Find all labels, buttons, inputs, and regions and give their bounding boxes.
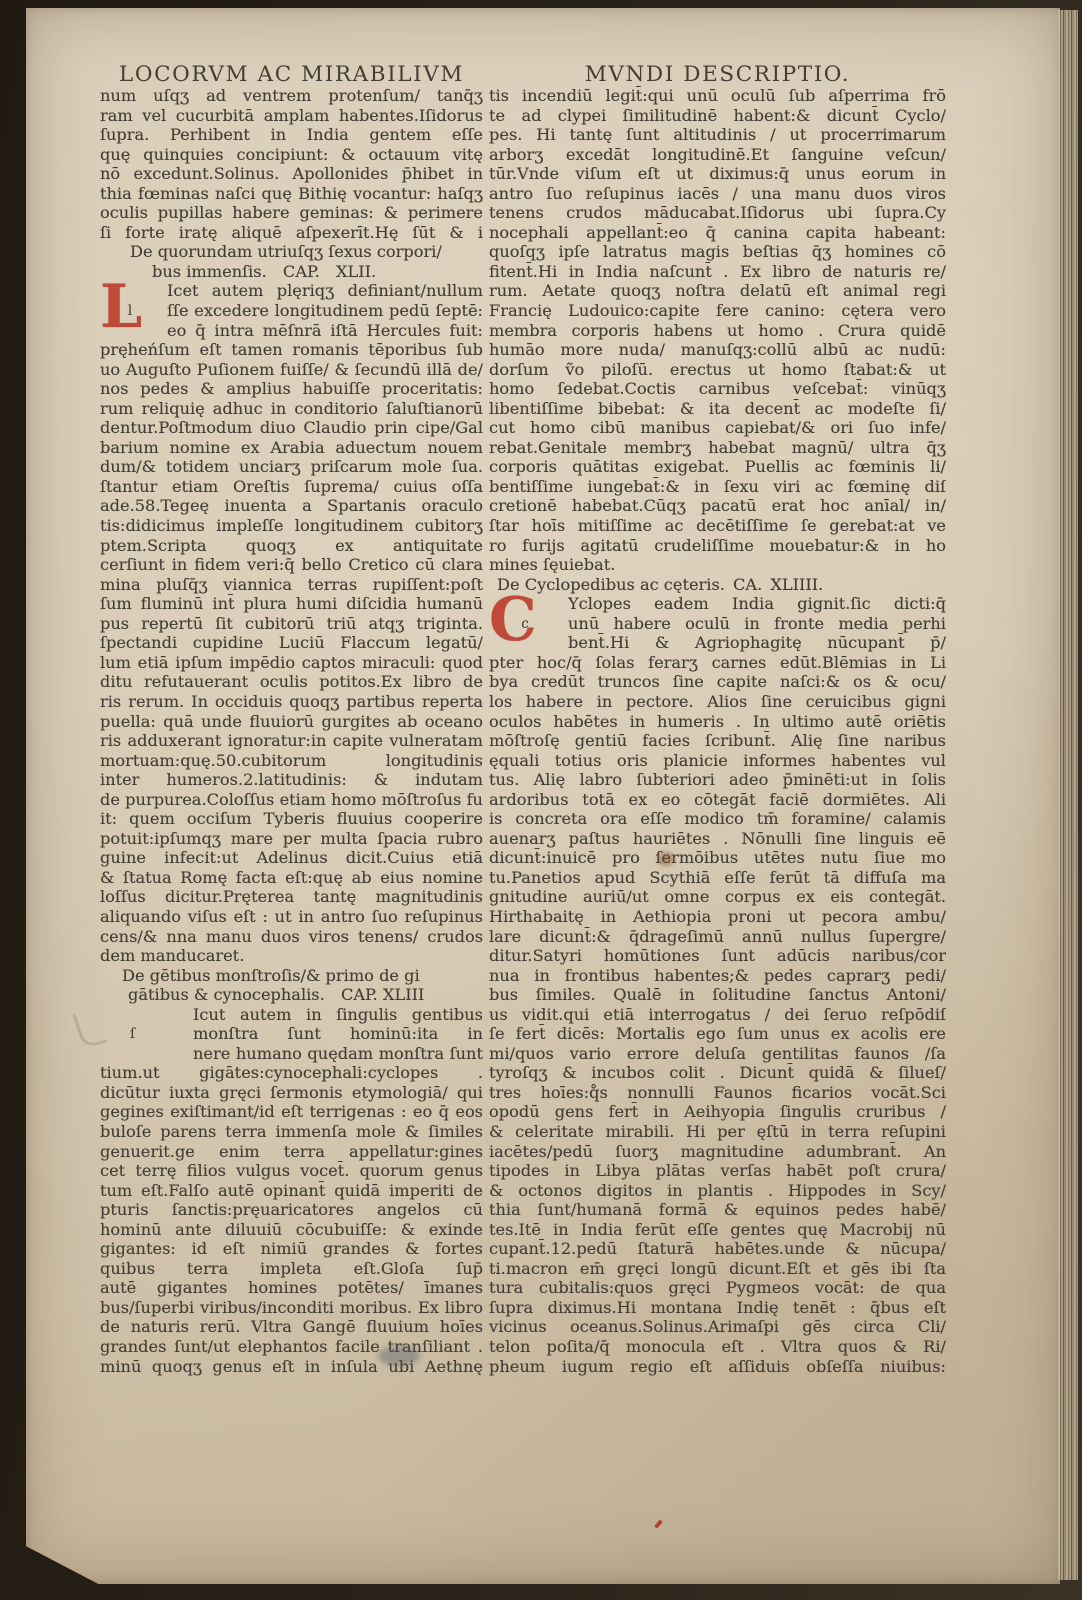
- text-line: homo ſedebat.Coctis carnibus veſcebat̄: …: [489, 379, 946, 399]
- text-line: opodū gens fert̄ in Aeihyopia ſingulis c…: [489, 1102, 946, 1122]
- text-line: mines ſęuiebat.: [489, 555, 946, 575]
- text-line: dicunt̄:inuicē pro ſermōibus utētes nutu…: [489, 848, 946, 868]
- text-line: ti.macron em̄ gręci longū dicunt.Eſt et …: [489, 1259, 946, 1279]
- text-line: & ſtatua Romę facta eſt:quę ab eius nomi…: [100, 868, 483, 888]
- text-line: bya credūt truncos ſine capite naſci:& o…: [489, 672, 946, 692]
- drop-cap-box: Ll: [100, 281, 160, 340]
- text-line: gnitudine auriū/ut omne corpus ex eis co…: [489, 887, 946, 907]
- text-line: & octonos digitos in plantis . Hippodes …: [489, 1181, 946, 1201]
- text-line: tus. Alię labro ſubteriori adeo p̄minēti…: [489, 770, 946, 790]
- text-line: te ad clypei ſimilitudinē habent:& dicun…: [489, 106, 946, 126]
- text-line: cerſiunt in fidem veri:q̄ bello Cretico …: [100, 555, 483, 575]
- initial-paragraph: CcYclopes eadem India gignit.ſic dicti:q…: [489, 594, 946, 653]
- guide-letter: l: [128, 303, 132, 319]
- text-line: ſe fert̄ dicēs: Mortalis ego ſum unus ex…: [489, 1024, 946, 1044]
- text-line: grandes ſunt/ut elephantos facile tranſi…: [100, 1337, 483, 1357]
- text-line: iacētes/pedū ſuorʒ magnitudine adumbrant…: [489, 1142, 946, 1162]
- text-line: it: quem occiſum Tyberis fluuius cooperi…: [100, 809, 483, 829]
- text-line: pter hoc/q̄ ſolas ferarʒ carnes edūt.Blē…: [489, 653, 946, 673]
- text-line: barium nomine ex Arabia aduectum nouem p…: [100, 438, 483, 458]
- brown-stain: [658, 852, 674, 866]
- book-page: LOCORVM AC MIRABILIVM MVNDI DESCRIPTIO. …: [26, 8, 1060, 1584]
- text-line: pheum iugum regio eſt aſſiduis obſeſſa n…: [489, 1357, 946, 1377]
- red-pen-mark: [654, 1519, 663, 1528]
- text-line: tis:didicimus impleſſe longitudinem cubi…: [100, 516, 483, 536]
- text-line: cupant̄.12.pedū ſtaturā habētes.unde & n…: [489, 1239, 946, 1259]
- text-line: fitent̄.Hi in India naſcunt̄ . Ex libro …: [489, 262, 946, 282]
- text-line: quę quinquies concipiunt: & octauum vitę…: [100, 145, 483, 165]
- text-line: potuit:ipſumqʒ mare per multa ſpacia rub…: [100, 829, 483, 849]
- text-line: dum/& totidem unciarʒ priſcarum mole ſua…: [100, 457, 483, 477]
- drop-cap-initial: C: [489, 591, 537, 649]
- text-line: lum etiā ipſum impēdio captos miraculi: …: [100, 653, 483, 673]
- text-line: ſupra. Perhibent in India gentem eſſe fœ…: [100, 125, 483, 145]
- text-line: buloſe parens terra immenſa mole & ſimil…: [100, 1122, 483, 1142]
- text-line: eo q̄ intra mēſnrā iſtā Hercules fuit: d…: [167, 321, 483, 341]
- text-line: ſum fluminū int̄ plura humi diſcidia hum…: [100, 594, 483, 614]
- text-line: bus/ſuperbi viribus/inconditi moribus. E…: [100, 1298, 483, 1318]
- text-line: libentiſſime bibebat: & ita decent̄ ac m…: [489, 399, 946, 419]
- chapter-heading-line: De quorundam utriuſqʒ ſexus corpori/: [100, 242, 483, 262]
- text-line: Icet autem plęriqʒ definiant/nullum po: [167, 281, 483, 301]
- text-line: ſtar hoīs mitiſſime ac decētiſſime ſe ge…: [489, 516, 946, 536]
- gray-ink-stain: [378, 1346, 420, 1366]
- text-line: ptem.Scripta quoqʒ ex antiquitate memorā…: [100, 536, 483, 556]
- text-column-right: tis incendiū legit̄:qui unū oculū ſub aſ…: [489, 86, 946, 1376]
- text-line: oculis pupillas habere geminas: & perime…: [100, 203, 483, 223]
- text-line: mōſtroſę gentiū facies ſcribunt̄. Alię ſ…: [489, 731, 946, 751]
- text-line: aliquando viſus eſt : ut in antro ſuo re…: [100, 907, 483, 927]
- text-block: num uſqʒ ad ventrem protenſum/ tanq̄ʒ am…: [100, 86, 483, 242]
- text-block: pter hoc/q̄ ſolas ferarʒ carnes edūt.Blē…: [489, 653, 946, 1376]
- text-line: Icut autem in ſingulis gentibus qnędā: [193, 1005, 483, 1025]
- page-edge-stack: [1058, 10, 1078, 1580]
- text-line: dicūtur iuxta gręci ſermonis etymologiā/…: [100, 1083, 483, 1103]
- text-line: ſupra diximus.Hi montana Indię tenēt : q…: [489, 1298, 946, 1318]
- text-line: gegines exiſtimant/id eſt terrigenas : e…: [100, 1102, 483, 1122]
- text-line: tyroſqʒ & incubos colit . Dicunt̄ quidā …: [489, 1063, 946, 1083]
- text-line: tis incendiū legit̄:qui unū oculū ſub aſ…: [489, 86, 946, 106]
- chapter-heading-line: gātibus & cynocephalis. CAP. XLIII: [100, 985, 483, 1005]
- text-line: nere humano quędam monſtra ſunt gē: [193, 1044, 483, 1064]
- text-line: de purpurea.Coloſſus etiam homo mōſtroſu…: [100, 790, 483, 810]
- text-line: gigantes: id eſt nimiū grandes & fortes …: [100, 1239, 483, 1259]
- text-line: cretionē habebat.Cūqʒ pacatū erat hoc an…: [489, 496, 946, 516]
- drop-cap-box: ſ: [100, 1005, 186, 1064]
- text-block: tis incendiū legit̄:qui unū oculū ſub aſ…: [489, 86, 946, 575]
- text-line: thia fœminas naſci quę Bithię vocantur: …: [100, 184, 483, 204]
- running-head-right: MVNDI DESCRIPTIO.: [489, 62, 946, 87]
- text-line: cens/& nna manu duos viros tenens/ crudo…: [100, 927, 483, 947]
- text-line: arborʒ excedāt longitudinē.Et ſanguine v…: [489, 145, 946, 165]
- text-line: bentiſſime iungebat̄:& in ſexu viri ac f…: [489, 477, 946, 497]
- text-line: ſſe excedere longitudinem pedū ſeptē:: [167, 301, 483, 321]
- text-line: tūr.Vnde viſum eſt ut diximus:q̄ unus eo…: [489, 164, 946, 184]
- text-line: tes.Itē in India ferūt eſſe gentes quę M…: [489, 1220, 946, 1240]
- text-line: de naturis rerū. Vltra Gangē fluuium hoī…: [100, 1317, 483, 1337]
- text-line: ſpectandi cupidine Luciū Flaccum legatū/…: [100, 633, 483, 653]
- text-line: mortuam:quę.50.cubitorum longitudinis er…: [100, 751, 483, 771]
- text-block: tium.ut gigātes:cynocephali:cyclopes . G…: [100, 1063, 483, 1376]
- text-line: ris rerum. In occiduis quoqʒ partibus re…: [100, 692, 483, 712]
- guide-letter: c: [521, 616, 529, 632]
- text-line: oculos habētes in humeris . In ultimo au…: [489, 712, 946, 732]
- chapter-heading-line: bus immenſis. CAP. XLII.: [100, 262, 483, 282]
- text-line: dentur.Poſtmodum diuo Claudio prin cipe/…: [100, 418, 483, 438]
- text-line: nos pedes & amplius habuiſſe proceritati…: [100, 379, 483, 399]
- text-line: rum. Aetate quoqʒ noſtra delatū eſt anim…: [489, 281, 946, 301]
- text-line: vicinus oceanus.Solinus.Arimaſpi gēs cir…: [489, 1317, 946, 1337]
- text-line: rum reliquię adhuc in conditorio ſaluſti…: [100, 399, 483, 419]
- chapter-heading-line: De gētibus monſtroſis/& primo de gi: [100, 966, 483, 986]
- guide-letter: ſ: [130, 1026, 135, 1042]
- text-line: monſtra ſunt hominū:ita in uniuerſo ge: [193, 1024, 483, 1044]
- text-line: dem manducaret.: [100, 946, 483, 966]
- text-line: tu.Panetios apud Scythiā eſſe ferūt tā d…: [489, 868, 946, 888]
- text-line: ram vel cucurbitā amplam habentes.Iſidor…: [100, 106, 483, 126]
- initial-paragraph: LlIcet autem plęriqʒ definiant/nullum po…: [100, 281, 483, 340]
- text-line: corporis quātitas exigebat. Puellis ac f…: [489, 457, 946, 477]
- drop-cap-initial: L: [100, 278, 142, 336]
- incunabulum-scan: { "page": { "left_running_head": "LOCORV…: [0, 0, 1082, 1600]
- text-line: nua in frontibus habentes;& pedes caprar…: [489, 966, 946, 986]
- text-line: ſi forte iratę aliquē aſpexerīt.Hę ſūt &…: [100, 223, 483, 243]
- text-line: lare dicunt̄:& q̄drageſimū annū nullus ſ…: [489, 927, 946, 947]
- drop-cap-box: Cc: [489, 594, 561, 653]
- text-line: nō excedunt.Solinus. Apollonides p̄hibet…: [100, 164, 483, 184]
- text-line: humāo more nuda/ manuſqʒ:collū albū ac n…: [489, 340, 946, 360]
- text-line: tura cubitalis:quos gręci Pygmeos vocāt:…: [489, 1278, 946, 1298]
- text-line: unū habere oculū in fronte media perhi: [568, 614, 946, 634]
- text-line: tenens crudos māducabat.Iſidorus ubi ſup…: [489, 203, 946, 223]
- text-line: pus repertū ſit cubitorū triū atqʒ trigi…: [100, 614, 483, 634]
- text-line: tres hoīes:q̊s nonnulli Faunos ficarios …: [489, 1083, 946, 1103]
- text-line: ſtantur etiam Oreſtis ſuprema/ cuius oſſ…: [100, 477, 483, 497]
- text-line: pręheńſum eſt tamen romanis tēporibus ſu…: [100, 340, 483, 360]
- text-line: loſſus dicitur.Pręterea tantę magnitudin…: [100, 887, 483, 907]
- chapter-heading: De Cyclopedibus ac cęteris. CA. XLIIII.: [489, 575, 946, 595]
- text-line: puella: quā unde fluuiorū gurgites ab oc…: [100, 712, 483, 732]
- text-line: pes. Hi tantę ſunt altitudinis / ut proc…: [489, 125, 946, 145]
- text-line: uo Auguſto Puſionem fuiſſe/ & ſecundū il…: [100, 360, 483, 380]
- text-line: Hirthabaitę in Aethiopia proni ut pecora…: [489, 907, 946, 927]
- running-head-left: LOCORVM AC MIRABILIVM: [100, 62, 483, 87]
- text-block: pręheńſum eſt tamen romanis tēporibus ſu…: [100, 340, 483, 966]
- text-line: dorſum ṽo piloſū. erectus ut homo ſtabat…: [489, 360, 946, 380]
- text-line: autē gigantes homines potētes/ īmanes co…: [100, 1278, 483, 1298]
- text-line: ade.58.Tegeę inuenta a Spartanis oraculo…: [100, 496, 483, 516]
- text-line: nocephali appellant̄:eo q̄ canina capita…: [489, 223, 946, 243]
- chapter-heading: De quorundam utriuſqʒ ſexus corpori/bus …: [100, 242, 483, 281]
- text-line: ro furijs agitatū crudeliſſime mouebatur…: [489, 536, 946, 556]
- text-line: bus ſimiles. Qualē in ſolitudine ſanctus…: [489, 985, 946, 1005]
- text-line: cet terrę filios vulgus vocet̄. quorum g…: [100, 1161, 483, 1181]
- text-line: rebat.Genitale membrʒ habebat magnū/ ult…: [489, 438, 946, 458]
- text-line: quoſqʒ ipſe latratus magis beſtias q̄ʒ h…: [489, 242, 946, 262]
- text-line: tium.ut gigātes:cynocephali:cyclopes . G…: [100, 1063, 483, 1083]
- text-line: pturis ſanctis:pręuaricatores angelos cū…: [100, 1200, 483, 1220]
- text-line: Francię Ludouico:capite fere canino: cęt…: [489, 301, 946, 321]
- text-line: mi/quos vario errore deluſa gentilitas f…: [489, 1044, 946, 1064]
- text-line: cut homo cibū manibus capiebat/& ori ſuo…: [489, 418, 946, 438]
- text-line: ardoribus totā ex eo cōtegāt faciē dormi…: [489, 790, 946, 810]
- text-line: quibus terra impleta eſt.Gloſa ſup̄ Gene…: [100, 1259, 483, 1279]
- text-line: ditur.Satyri homūtiones ſunt adūcis nari…: [489, 946, 946, 966]
- chapter-heading: De gētibus monſtroſis/& primo de gigātib…: [100, 966, 483, 1005]
- text-column-left: num uſqʒ ad ventrem protenſum/ tanq̄ʒ am…: [100, 86, 483, 1376]
- text-line: thia ſunt/humanā formā & equinos pedes h…: [489, 1200, 946, 1220]
- text-line: mina pluſq̄ʒ viannica terras rupiſſent:p…: [100, 575, 483, 595]
- text-line: us vidit.qui etiā interrogatus / dei ſer…: [489, 1005, 946, 1025]
- text-line: inter humeros.2.latitudinis: & indutam c…: [100, 770, 483, 790]
- text-line: auenarʒ paſtus hauriētes . Nōnulli ſine …: [489, 829, 946, 849]
- text-line: tum eſt.Falſo autē opinant̄ quidā imperi…: [100, 1181, 483, 1201]
- text-line: Yclopes eadem India gignit.ſic dicti:q̄: [568, 594, 946, 614]
- text-line: tipodes in Libya plātas verſas habēt poſ…: [489, 1161, 946, 1181]
- text-line: minū quoqʒ genus eſt in inſula ubi Aethn…: [100, 1357, 483, 1377]
- text-line: ris adduxerant ignoratur:in capite vulne…: [100, 731, 483, 751]
- text-line: membra corporis habens ut homo . Crura q…: [489, 321, 946, 341]
- text-line: bent̄.Hi & Agriophagitę nūcupant̄ p̄/: [568, 633, 946, 653]
- text-line: & celeritate mirabili. Hi per ęſtū in te…: [489, 1122, 946, 1142]
- text-line: num uſqʒ ad ventrem protenſum/ tanq̄ʒ am…: [100, 86, 483, 106]
- text-line: antro ſuo reſupinus iacēs / una manu duo…: [489, 184, 946, 204]
- initial-paragraph: ſIcut autem in ſingulis gentibus qnędāmo…: [100, 1005, 483, 1064]
- text-line: telon poſita/q̄ monocula eſt . Vltra quo…: [489, 1337, 946, 1357]
- chapter-heading-line: De Cyclopedibus ac cęteris. CA. XLIIII.: [489, 575, 946, 595]
- text-line: guine infecit:ut Adelinus dicit.Cuius et…: [100, 848, 483, 868]
- text-line: ęquali totius oris planicie informes hab…: [489, 751, 946, 771]
- text-line: genuerit.ge enim terra appellatur:gines …: [100, 1142, 483, 1162]
- text-line: los habere in pectore. Alios ſine ceruic…: [489, 692, 946, 712]
- text-line: is concreta ora eſſe modico tm̄ foramine…: [489, 809, 946, 829]
- text-line: hominū ante diluuiū cōcubuiſſe: & exinde…: [100, 1220, 483, 1240]
- text-line: ditu refutauerant oculis potitos.Ex libr…: [100, 672, 483, 692]
